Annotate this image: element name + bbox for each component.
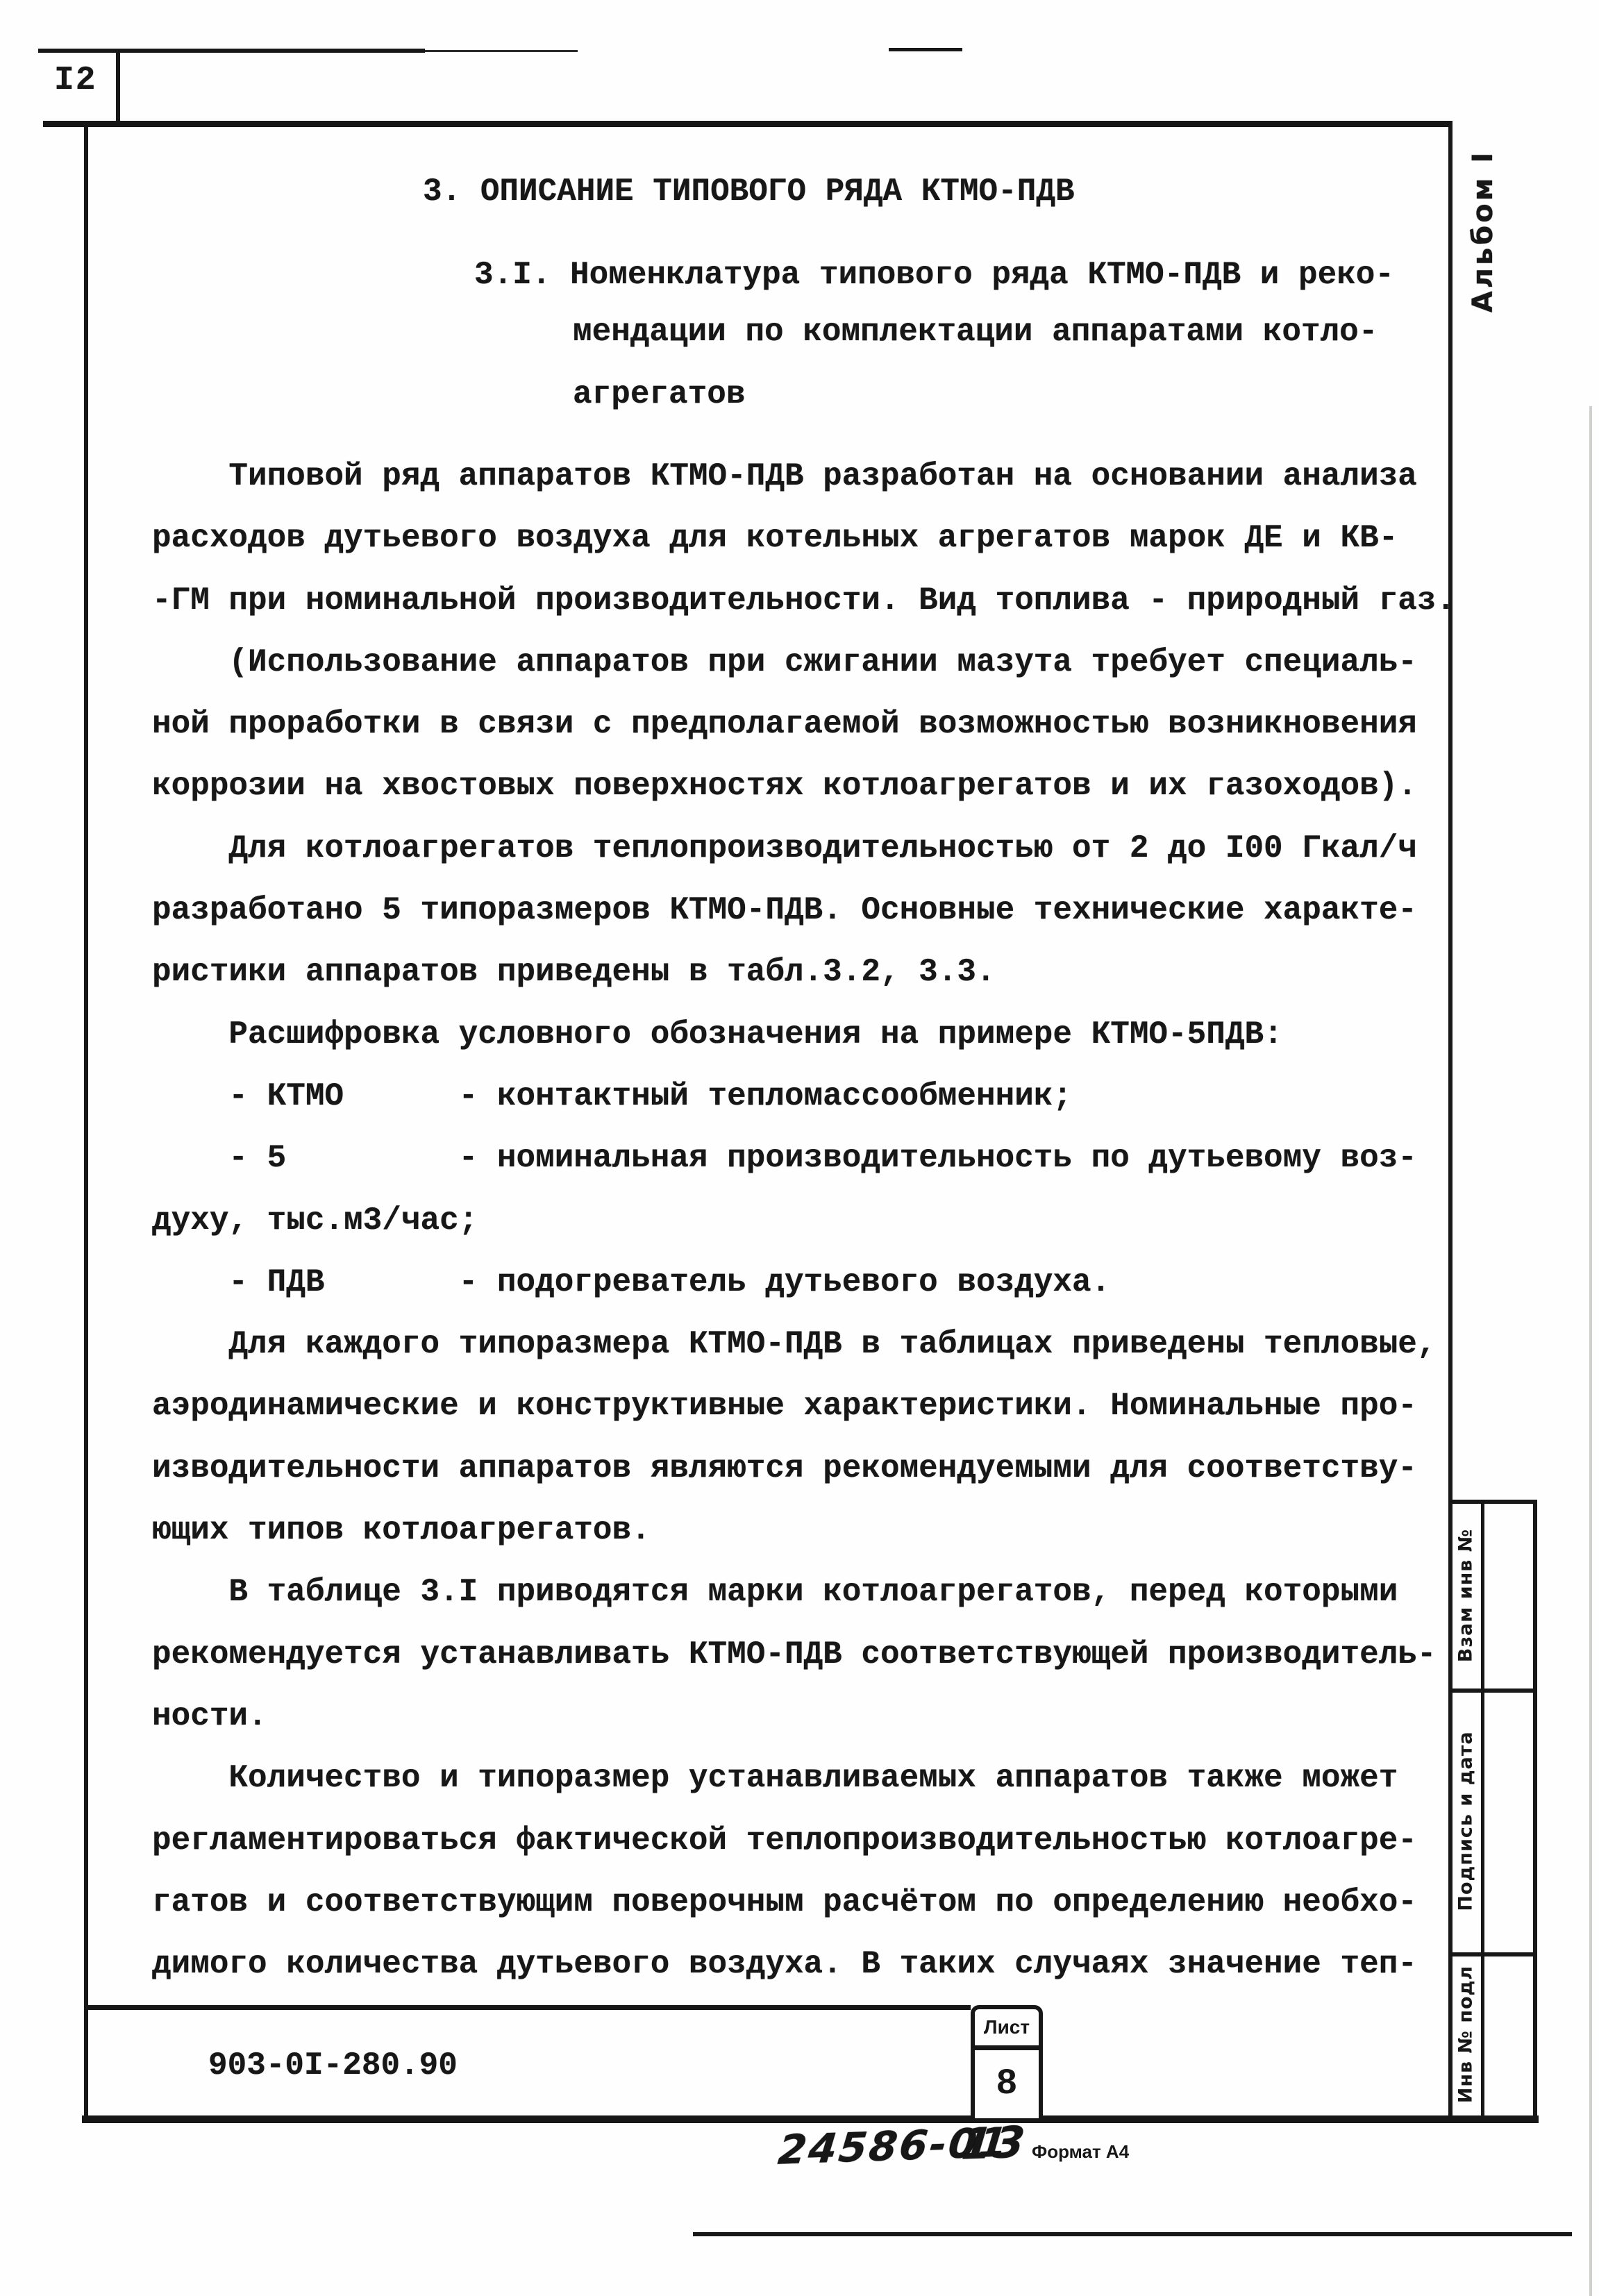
subsection-heading-line-2: мендации по комплектации аппаратами котл…	[573, 316, 1378, 348]
text-line: (Использование аппаратов при сжигании ма…	[152, 632, 1455, 694]
top-left-line-extension	[425, 50, 578, 52]
handwritten-page-number: 13	[960, 2122, 1029, 2164]
text-line: ности.	[152, 1686, 1455, 1748]
scanned-document-page: I2 Альбом I 3. ОПИСАНИЕ ТИПОВОГО РЯДА КТ…	[0, 0, 1599, 2296]
stamp-cell-divider-1	[1448, 1689, 1537, 1693]
text-line: ристики аппаратов приведены в табл.3.2, …	[152, 941, 1455, 1003]
text-line: рекомендуется устанавливать КТМО-ПДВ соо…	[152, 1624, 1455, 1686]
text-line: изводительности аппаратов являются реком…	[152, 1438, 1455, 1500]
top-dash-mark	[889, 48, 962, 51]
subsection-heading-line-1: 3.I. Номенклатура типового ряда КТМО-ПДВ…	[474, 259, 1394, 291]
stamp-label-inv-podl: Инв № подл	[1455, 1966, 1477, 2103]
text-line: гатов и соответствующим поверочным расчё…	[152, 1872, 1455, 1934]
text-line: расходов дутьевого воздуха для котельных…	[152, 508, 1455, 569]
text-line: Количество и типоразмер устанавливаемых …	[152, 1748, 1455, 1809]
stamp-label-podpis-data: Подпись и дата	[1455, 1731, 1477, 1911]
text-line: Для каждого типоразмера КТМО-ПДВ в табли…	[152, 1314, 1455, 1375]
bottom-stray-line	[693, 2232, 1572, 2236]
text-line: разработано 5 типоразмеров КТМО-ПДВ. Осн…	[152, 880, 1455, 941]
corner-page-number: I2	[54, 64, 97, 97]
text-line: - КТМО - контактный тепломассообменник;	[152, 1066, 1455, 1128]
text-line: ной проработки в связи с предполагаемой …	[152, 694, 1455, 755]
sheet-label: Лист	[975, 2009, 1039, 2050]
section-heading: 3. ОПИСАНИЕ ТИПОВОГО РЯДА КТМО-ПДВ	[423, 176, 1075, 208]
stamp-column-right-border	[1533, 1500, 1537, 2123]
text-line: Расшифровка условного обозначения на при…	[152, 1004, 1455, 1066]
text-line: - ПДВ - подогреватель дутьевого воздуха.	[152, 1252, 1455, 1314]
text-line: Типовой ряд аппаратов КТМО-ПДВ разработа…	[152, 446, 1455, 508]
scan-edge-artifact	[1589, 406, 1592, 2296]
stamp-cell-divider-2	[1448, 1952, 1537, 1956]
subsection-heading-line-3: агрегатов	[573, 378, 745, 410]
frame-top-border	[43, 121, 1453, 127]
top-left-line	[38, 49, 425, 53]
stamp-label-vzam-inv: Взам инв №	[1455, 1529, 1477, 1663]
format-note: Формат А4	[1032, 2143, 1129, 2161]
stamp-column-inner-divider	[1481, 1500, 1484, 2123]
text-line: димого количества дутьевого воздуха. В т…	[152, 1934, 1455, 1995]
stamp-column-top-border	[1448, 1500, 1537, 1504]
text-line: ющих типов котлоагрегатов.	[152, 1500, 1455, 1561]
corner-box-vertical-line	[116, 49, 120, 126]
text-line: В таблице 3.I приводятся марки котлоагре…	[152, 1561, 1455, 1623]
text-line: регламентироваться фактической теплопрои…	[152, 1810, 1455, 1872]
text-line: коррозии на хвостовых поверхностях котло…	[152, 755, 1455, 817]
text-area-bottom-border	[84, 2005, 971, 2010]
frame-left-border	[84, 121, 88, 2122]
document-code: 903-0I-280.90	[208, 2050, 458, 2081]
text-line: Для котлоагрегатов теплопроизводительнос…	[152, 818, 1455, 880]
text-line: аэродинамические и конструктивные характ…	[152, 1375, 1455, 1437]
album-label: Альбом I	[1467, 150, 1499, 312]
body-text: Типовой ряд аппаратов КТМО-ПДВ разработа…	[152, 446, 1455, 1995]
sheet-number: 8	[975, 2050, 1039, 2117]
text-line: духу, тыс.м3/час;	[152, 1190, 1455, 1252]
frame-bottom-border	[82, 2115, 1539, 2123]
text-line: -ГМ при номинальной производительности. …	[152, 570, 1455, 632]
text-line: - 5 - номинальная производительность по …	[152, 1128, 1455, 1189]
sheet-number-box: Лист 8	[971, 2005, 1043, 2122]
